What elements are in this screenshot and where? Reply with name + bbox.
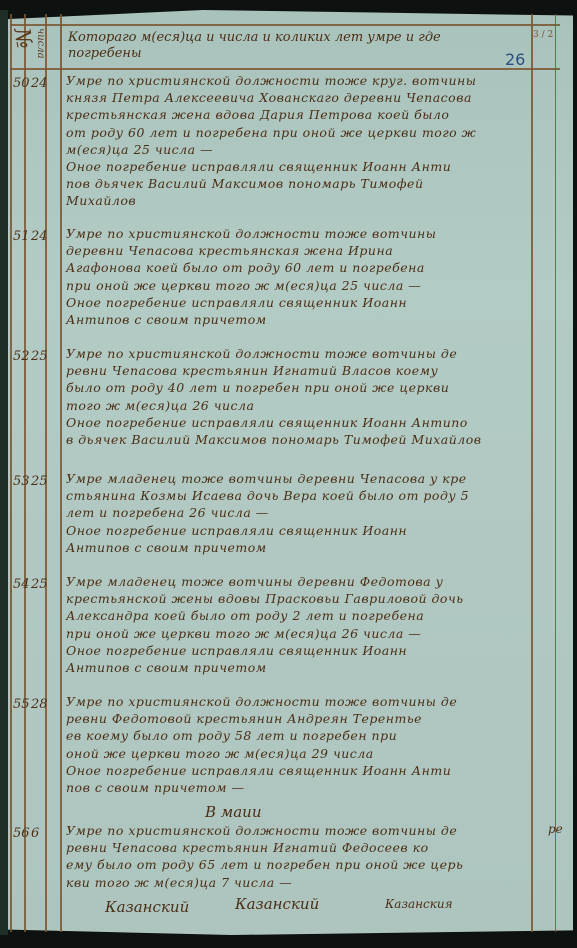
entry-line: крестьянской жены вдовы Прасковьи Гаврил…	[66, 590, 464, 607]
entry-line: при оной же церкви того ж м(еся)ца 25 чи…	[66, 277, 436, 294]
entry-line: Антипов с своим причетом	[66, 539, 469, 556]
entry-day: 25	[31, 577, 48, 592]
header-description: Котораго м(еся)ца и числа и коликих лет …	[68, 30, 498, 62]
entry-number: 52	[13, 349, 30, 364]
entry-text: Умре по християнской должности тоже вотч…	[66, 693, 457, 796]
entry-line: Умре по християнской должности тоже вотч…	[66, 225, 436, 242]
signature-1: Казанский	[105, 898, 189, 916]
entry-line: кви того ж м(еся)ца 7 числа —	[66, 874, 463, 891]
entry-day: 25	[31, 474, 48, 489]
entry-line: при оной же церкви того ж м(еся)ца 26 чи…	[66, 625, 464, 642]
entry-text: Умре младенец тоже вотчины деревни Федот…	[66, 573, 464, 676]
entry-text: Умре по християнской должности тоже вотч…	[66, 345, 482, 448]
entry-number: 50	[13, 76, 30, 91]
entry-line: того ж м(еся)ца 26 числа	[66, 397, 482, 414]
entry-line: ревни Чепасова крестьянин Игнатий Власов…	[66, 362, 482, 379]
entry-line: Умре младенец тоже вотчины деревни Чепас…	[66, 470, 469, 487]
binding-edge	[0, 10, 8, 935]
month-heading: В маии	[205, 803, 262, 821]
entry-line: Оное погребение исправляли священник Иоа…	[66, 762, 457, 779]
entry-number: 51	[13, 229, 30, 244]
rule-left-margin	[10, 14, 12, 932]
entry-line: ев коему было от роду 58 лет и погребен …	[66, 727, 457, 744]
entry-line: деревни Чепасова крестьянская жена Ирина	[66, 242, 436, 259]
entry-line: Оное погребение исправляли священник Иоа…	[66, 642, 464, 659]
rule-right-1	[531, 14, 533, 932]
entry-line: Умре по християнской должности тоже вотч…	[66, 345, 482, 362]
page-number: 26	[505, 50, 525, 69]
entry-day: 25	[31, 349, 48, 364]
entry-number: 53	[13, 474, 30, 489]
entry-line: стьянина Козмы Исаева дочь Вера коей был…	[66, 487, 469, 504]
entry-text: Умре по християнской должности тоже вотч…	[66, 225, 436, 328]
entry-line: от роду 60 лет и погребена при оной же ц…	[66, 124, 476, 141]
entry-line: Агафонова коей было от роду 60 лет и пог…	[66, 259, 436, 276]
entry-line: ревни Федотовой крестьянин Андреян Терен…	[66, 710, 457, 727]
entry-day: 28	[31, 697, 48, 712]
entry-line: в дьячек Василий Максимов пономарь Тимоф…	[66, 431, 482, 448]
signature-3: Казанския	[385, 897, 453, 911]
margin-note: ре	[548, 822, 563, 836]
entry-line: Умре по християнской должности тоже круг…	[66, 72, 476, 89]
entry-line: Оное погребение исправляли священник Иоа…	[66, 158, 476, 175]
entry-line: ему было от роду 65 лет и погребен при о…	[66, 856, 463, 873]
entry-line: Умре младенец тоже вотчины деревни Федот…	[66, 573, 464, 590]
entry-line: Оное погребение исправляли священник Иоа…	[66, 414, 482, 431]
header-date: числа	[35, 28, 46, 59]
rule-col-date	[45, 14, 47, 932]
entry-line: князя Петра Алексеевича Хованскаго дерев…	[66, 89, 476, 106]
entry-line: крестьянская жена вдова Дария Петрова ко…	[66, 106, 476, 123]
signature-2: Казанский	[235, 895, 319, 913]
rule-col-number	[24, 14, 26, 932]
entry-line: пов дьячек Василий Максимов пономарь Тим…	[66, 175, 476, 192]
entry-line: Антипов с своим причетом	[66, 311, 436, 328]
entry-line: было от роду 40 лет и погребен при оной …	[66, 379, 482, 396]
entry-line: Антипов с своим причетом	[66, 659, 464, 676]
header-number: №	[8, 26, 36, 51]
rule-right-2	[555, 14, 556, 932]
entry-number: 54	[13, 577, 30, 592]
entry-line: пов с своим причетом —	[66, 779, 457, 796]
header-right-marks: 3 / 2	[533, 30, 553, 41]
entry-line: Умре по християнской должности тоже вотч…	[66, 822, 463, 839]
entry-number: 55	[13, 697, 30, 712]
entry-day: 24	[31, 76, 48, 91]
entry-text: Умре младенец тоже вотчины деревни Чепас…	[66, 470, 469, 556]
rule-header-top	[10, 24, 560, 26]
entry-line: Оное погребение исправляли священник Иоа…	[66, 294, 436, 311]
entry-line: Александра коей было от роду 2 лет и пог…	[66, 607, 464, 624]
entry-text: Умре по християнской должности тоже вотч…	[66, 822, 463, 891]
entry-line: Умре по християнской должности тоже вотч…	[66, 693, 457, 710]
entry-number: 56	[13, 826, 30, 841]
rule-col-text	[60, 14, 62, 932]
entry-day: 6	[31, 826, 39, 841]
rule-header-bottom	[10, 68, 560, 70]
entry-text: Умре по християнской должности тоже круг…	[66, 72, 476, 210]
entry-line: ревни Чепасова крестьянин Игнатий Федосе…	[66, 839, 463, 856]
entry-line: лет и погребена 26 числа —	[66, 504, 469, 521]
entry-line: оной же церкви того ж м(еся)ца 29 числа	[66, 745, 457, 762]
entry-line: Михайлов	[66, 192, 476, 209]
entry-line: Оное погребение исправляли священник Иоа…	[66, 522, 469, 539]
entry-day: 24	[31, 229, 48, 244]
entry-line: м(еся)ца 25 числа —	[66, 141, 476, 158]
